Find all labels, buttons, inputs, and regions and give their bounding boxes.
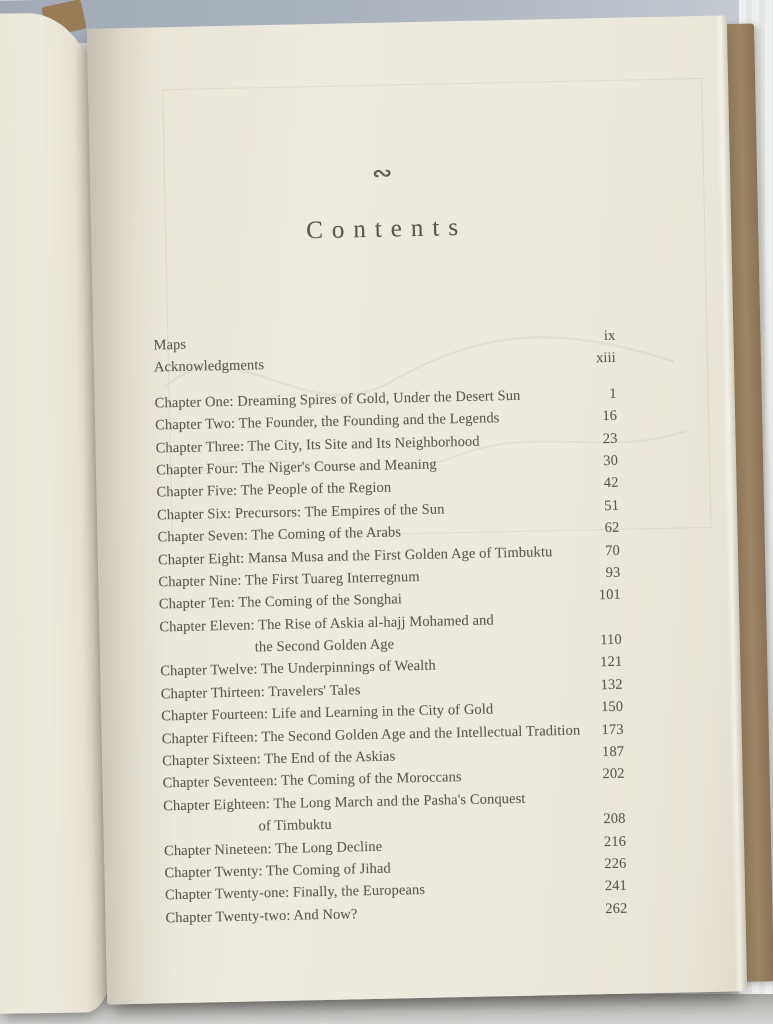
toc-entry-page: [581, 801, 625, 802]
toc-entry-page: [577, 621, 621, 622]
page-title: Contents: [151, 211, 613, 249]
toc-entry-page: 226: [582, 853, 626, 876]
toc-entry-page: 51: [575, 495, 619, 518]
toc-entry-page: 150: [579, 696, 623, 719]
toc-entry-page: 70: [576, 539, 620, 562]
toc-entry-page: 132: [578, 674, 622, 697]
toc-entry-page: 262: [583, 897, 627, 920]
toc-entry-page: 42: [574, 472, 618, 495]
book-photo: ∾ Contents MapsixAcknowledgmentsxiii Cha…: [0, 0, 773, 1024]
toc-entry-page: 1: [572, 383, 616, 406]
toc-entry-page: 208: [581, 808, 625, 831]
toc-entry-page: 187: [580, 741, 624, 764]
contents-page: ∾ Contents MapsixAcknowledgmentsxiii Cha…: [87, 15, 747, 1004]
toc-entry-page: 93: [576, 562, 620, 585]
toc-entry-page: 241: [583, 875, 627, 898]
toc-entry-page: 216: [582, 830, 626, 853]
toc-entry-page: 30: [574, 450, 618, 473]
toc-entry-page: 202: [580, 763, 624, 786]
toc-entry-page: 173: [579, 718, 623, 741]
toc-entry-page: 62: [575, 517, 619, 540]
section-ornament-icon: ∾: [104, 155, 659, 191]
toc-entry-page: 121: [578, 651, 622, 674]
table-of-contents: MapsixAcknowledgmentsxiii Chapter One: D…: [153, 325, 627, 930]
toc-entry-page: 101: [577, 584, 621, 607]
toc-entry-page: 110: [578, 629, 622, 652]
page-content: ∾ Contents MapsixAcknowledgmentsxiii Cha…: [147, 18, 629, 1003]
toc-entry-page: 16: [573, 405, 617, 428]
toc-entry-page: 23: [573, 427, 617, 450]
toc-entry-page: ix: [571, 325, 615, 348]
chapter-list: Chapter One: Dreaming Spires of Gold, Un…: [154, 383, 627, 930]
toc-entry-page: xiii: [572, 347, 616, 370]
